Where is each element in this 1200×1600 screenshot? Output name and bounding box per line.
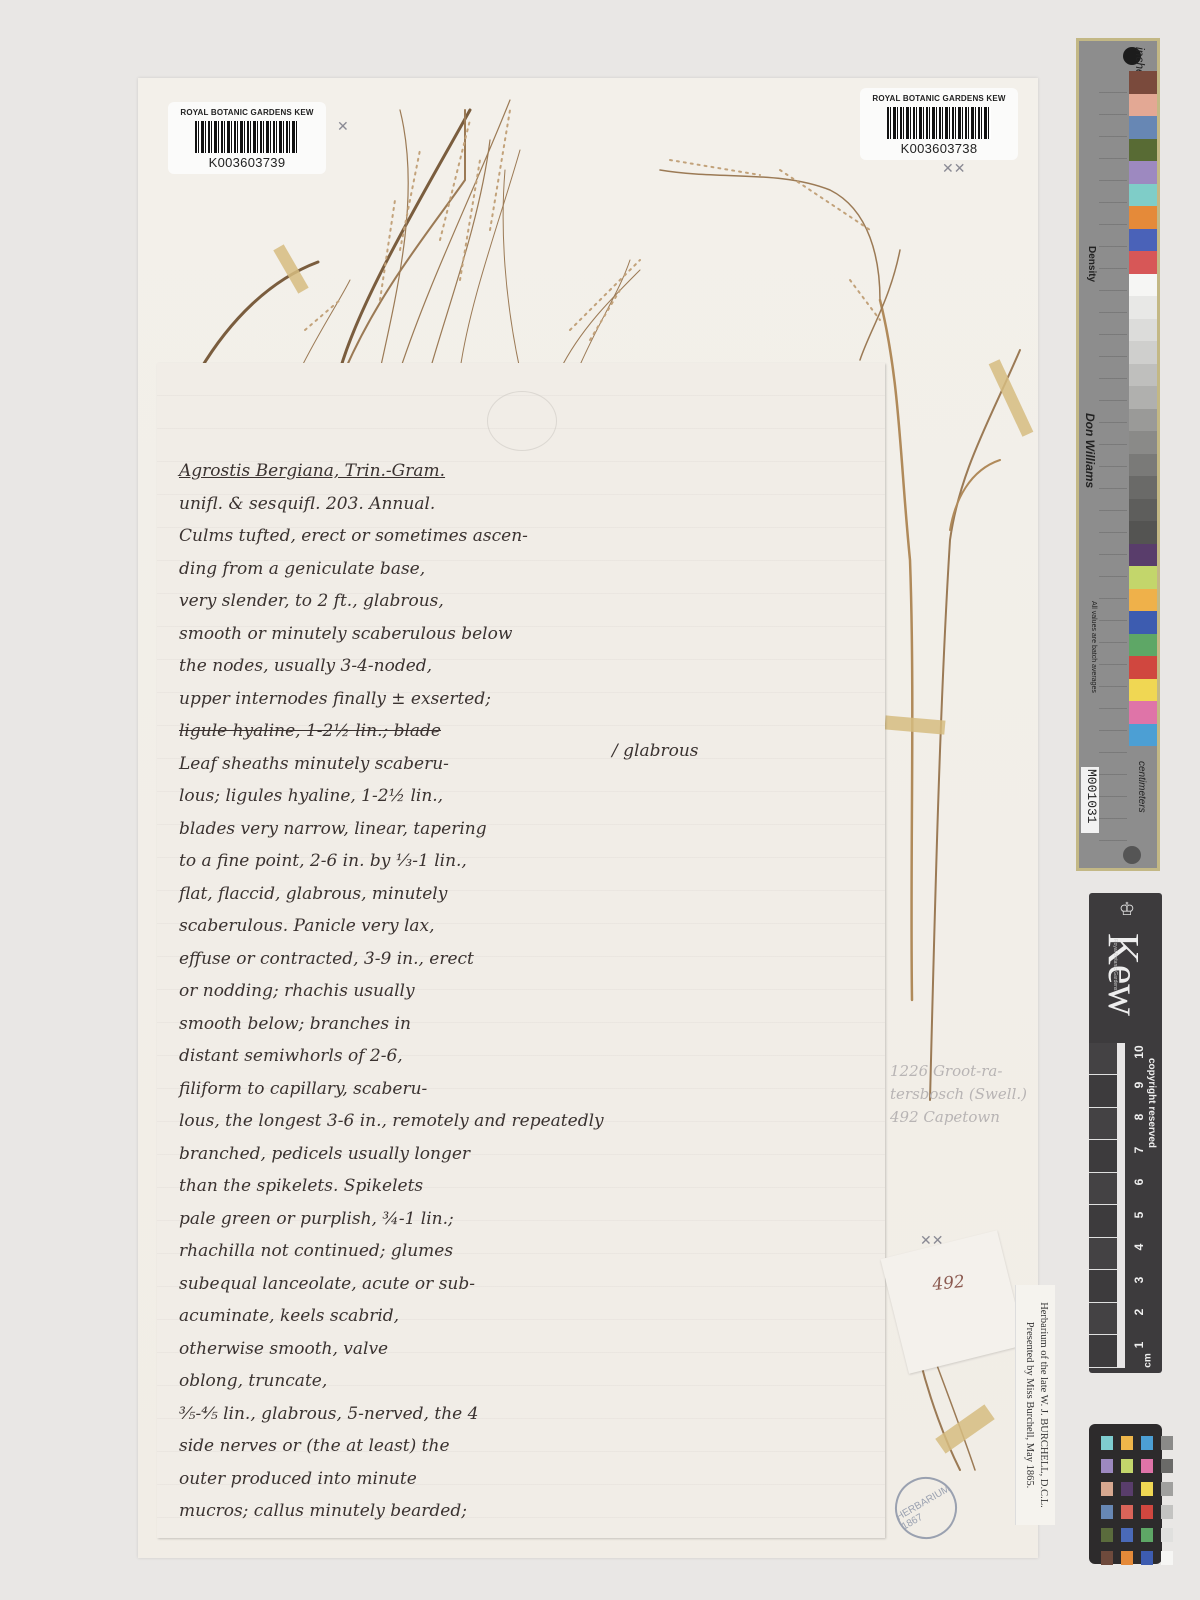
color-patch <box>1129 94 1157 117</box>
scale-tick-label: 10 <box>1132 1042 1146 1062</box>
barcode-label-left: ROYAL BOTANIC GARDENS KEW K003603739 <box>168 102 326 174</box>
pencil-locality-notes: 1226 Groot-ra- tersbosch (Swell.) 492 Ca… <box>890 1060 1027 1129</box>
description-line: lous, the longest 3-6 in., remotely and … <box>179 1105 699 1138</box>
copyright-text: copyright reserved <box>1146 1058 1157 1148</box>
color-checker-cell <box>1121 1459 1133 1473</box>
color-checker-cell <box>1101 1528 1113 1542</box>
color-checker-cell <box>1101 1551 1113 1565</box>
scale-tick-label: 5 <box>1132 1205 1146 1225</box>
color-checker-cell <box>1141 1551 1153 1565</box>
description-line: effuse or contracted, 3-9 in., erect <box>179 943 699 976</box>
color-checker-cell <box>1121 1436 1133 1450</box>
color-patch <box>1129 274 1157 297</box>
pencil-note-line: tersbosch (Swell.) <box>890 1083 1027 1106</box>
color-checker-cell <box>1161 1482 1173 1496</box>
ruler-id: M001031 <box>1084 769 1099 824</box>
handwritten-description-sheet: Agrostis Bergiana, Trin.-Gram. unifl. & … <box>157 363 885 1538</box>
color-patch <box>1129 229 1157 252</box>
density-label: Density <box>1086 246 1097 282</box>
description-text: Agrostis Bergiana, Trin.-Gram. unifl. & … <box>179 455 699 1528</box>
color-checker-card <box>1089 1424 1162 1564</box>
barcode-number: K003603739 <box>178 155 316 170</box>
color-patch <box>1129 251 1157 274</box>
barcode-icon <box>195 121 299 153</box>
color-patches <box>1129 71 1157 746</box>
color-patch <box>1129 364 1157 387</box>
color-checker-cell <box>1121 1482 1133 1496</box>
description-line: branched, pedicels usually longer <box>179 1138 699 1171</box>
description-line: ⅗-⅘ lin., glabrous, 5-nerved, the 4 <box>179 1398 699 1431</box>
color-patch <box>1129 116 1157 139</box>
color-patch <box>1129 386 1157 409</box>
pencil-mark-left: ✕ <box>337 118 349 135</box>
description-line: very slender, to 2 ft., glabrous, <box>179 585 699 618</box>
description-line: unifl. & sesquifl. 203. Annual. <box>179 488 699 521</box>
color-checker-cell <box>1141 1482 1153 1496</box>
color-checker-cell <box>1141 1436 1153 1450</box>
kew-scale-bar: ♔ Kew Royal Botanic Gardens 12345678910 … <box>1089 893 1162 1373</box>
description-line: subequal lanceolate, acute or sub- <box>179 1268 699 1301</box>
description-line: the nodes, usually 3-4-noded, <box>179 650 699 683</box>
color-checker-cell <box>1101 1505 1113 1519</box>
packet-number: 492 <box>931 1272 965 1295</box>
units-centimeters: centimeters <box>1136 761 1147 813</box>
embossed-crest-icon <box>487 391 557 451</box>
color-patch <box>1129 679 1157 702</box>
ruler-brand: Don Williams <box>1083 413 1097 488</box>
color-checker-cell <box>1121 1528 1133 1542</box>
color-checker-grid <box>1101 1436 1173 1565</box>
description-line: side nerves or (the at least) the <box>179 1430 699 1463</box>
description-line: upper internodes finally ± exserted; <box>179 683 699 716</box>
color-patch <box>1129 701 1157 724</box>
kew-logo: Kew <box>1098 933 1149 1016</box>
color-patch <box>1129 634 1157 657</box>
color-patch <box>1129 521 1157 544</box>
scale-tick-label: 3 <box>1132 1270 1146 1290</box>
color-checker-cell <box>1141 1528 1153 1542</box>
color-calibration-ruler: inches Density Don Williams All values a… <box>1076 38 1160 871</box>
species-title: Agrostis Bergiana, Trin.-Gram. <box>179 455 699 488</box>
description-line: rhachilla not continued; glumes <box>179 1235 699 1268</box>
barcode-label-right: ROYAL BOTANIC GARDENS KEW K003603738 <box>860 88 1018 160</box>
color-patch <box>1129 206 1157 229</box>
scale-tick-label: 9 <box>1132 1075 1146 1095</box>
color-patch <box>1129 161 1157 184</box>
pencil-note-line: 1226 Groot-ra- <box>890 1060 1027 1083</box>
color-checker-cell <box>1121 1551 1133 1565</box>
color-checker-cell <box>1161 1459 1173 1473</box>
color-patch <box>1129 319 1157 342</box>
description-line: distant semiwhorls of 2-6, <box>179 1040 699 1073</box>
scale-tick-label: 6 <box>1132 1172 1146 1192</box>
description-line: smooth or minutely scaberulous below <box>179 618 699 651</box>
density-table <box>1099 71 1127 851</box>
color-patch <box>1129 296 1157 319</box>
description-line: Culms tufted, erect or sometimes ascen- <box>179 520 699 553</box>
burchell-collection-label: Herbarium of the late W. J. BURCHELL, D.… <box>1015 1285 1055 1525</box>
color-patch <box>1129 589 1157 612</box>
scale-tick-label: 2 <box>1132 1302 1146 1322</box>
color-patch <box>1129 566 1157 589</box>
color-patch <box>1129 656 1157 679</box>
color-patch <box>1129 341 1157 364</box>
scale-tick-label: 8 <box>1132 1107 1146 1127</box>
description-line: filiform to capillary, scaberu- <box>179 1073 699 1106</box>
description-line: than the spikelets. Spikelets <box>179 1170 699 1203</box>
barcode-number: K003603738 <box>870 141 1008 156</box>
description-line: scaberulous. Panicle very lax, <box>179 910 699 943</box>
color-checker-cell <box>1141 1459 1153 1473</box>
color-patch <box>1129 724 1157 747</box>
ruler-note: All values are batch averages <box>1090 601 1097 693</box>
label-line: Herbarium of the late W. J. BURCHELL, D.… <box>1036 1285 1050 1525</box>
description-line: pale green or purplish, ¾-1 lin.; <box>179 1203 699 1236</box>
barcode-icon <box>887 107 991 139</box>
pencil-note-line: 492 Capetown <box>890 1106 1027 1129</box>
margin-note: / glabrous <box>612 741 699 761</box>
color-checker-cell <box>1161 1551 1173 1565</box>
scale-tick-label: 7 <box>1132 1140 1146 1160</box>
scale-tick-label: 1 <box>1132 1335 1146 1355</box>
color-checker-cell <box>1161 1436 1173 1450</box>
description-line: outer produced into minute <box>179 1463 699 1496</box>
color-patch <box>1129 184 1157 207</box>
kew-subtitle: Royal Botanic Gardens <box>1112 939 1118 990</box>
color-patch <box>1129 454 1157 477</box>
label-line: Presented by Miss Burchell, May 1865. <box>1022 1285 1036 1525</box>
color-patch <box>1129 544 1157 567</box>
color-checker-cell <box>1101 1436 1113 1450</box>
description-line: or nodding; rhachis usually <box>179 975 699 1008</box>
scale-strip <box>1117 1043 1125 1368</box>
color-patch <box>1129 409 1157 432</box>
description-line: flat, flaccid, glabrous, minutely <box>179 878 699 911</box>
description-line: otherwise smooth, valve <box>179 1333 699 1366</box>
color-patch <box>1129 499 1157 522</box>
royal-crest-icon: ♔ <box>1114 899 1140 921</box>
description-line: mucros; callus minutely bearded; <box>179 1495 699 1528</box>
description-line: to a fine point, 2-6 in. by ⅓-1 lin., <box>179 845 699 878</box>
color-patch <box>1129 139 1157 162</box>
color-patch <box>1129 71 1157 94</box>
description-line: lous; ligules hyaline, 1-2½ lin., <box>179 780 699 813</box>
color-checker-cell <box>1161 1505 1173 1519</box>
color-checker-cell <box>1101 1459 1113 1473</box>
color-patch <box>1129 611 1157 634</box>
pencil-mark-right: ✕✕ <box>942 160 965 177</box>
ruler-id-label: M001031 <box>1081 767 1099 833</box>
scale-tick-label: 4 <box>1132 1237 1146 1257</box>
color-checker-cell <box>1121 1505 1133 1519</box>
color-checker-cell <box>1101 1482 1113 1496</box>
description-line: smooth below; branches in <box>179 1008 699 1041</box>
description-line: blades very narrow, linear, tapering <box>179 813 699 846</box>
color-patch <box>1129 476 1157 499</box>
institution-name: ROYAL BOTANIC GARDENS KEW <box>870 94 1008 103</box>
color-patch <box>1129 431 1157 454</box>
description-line: ding from a geniculate base, <box>179 553 699 586</box>
description-line: acuminate, keels scabrid, <box>179 1300 699 1333</box>
description-line: oblong, truncate, <box>179 1365 699 1398</box>
institution-name: ROYAL BOTANIC GARDENS KEW <box>178 108 316 117</box>
registration-dot-icon <box>1123 846 1141 864</box>
scale-unit: cm <box>1143 1353 1154 1367</box>
color-checker-cell <box>1161 1528 1173 1542</box>
color-checker-cell <box>1141 1505 1153 1519</box>
